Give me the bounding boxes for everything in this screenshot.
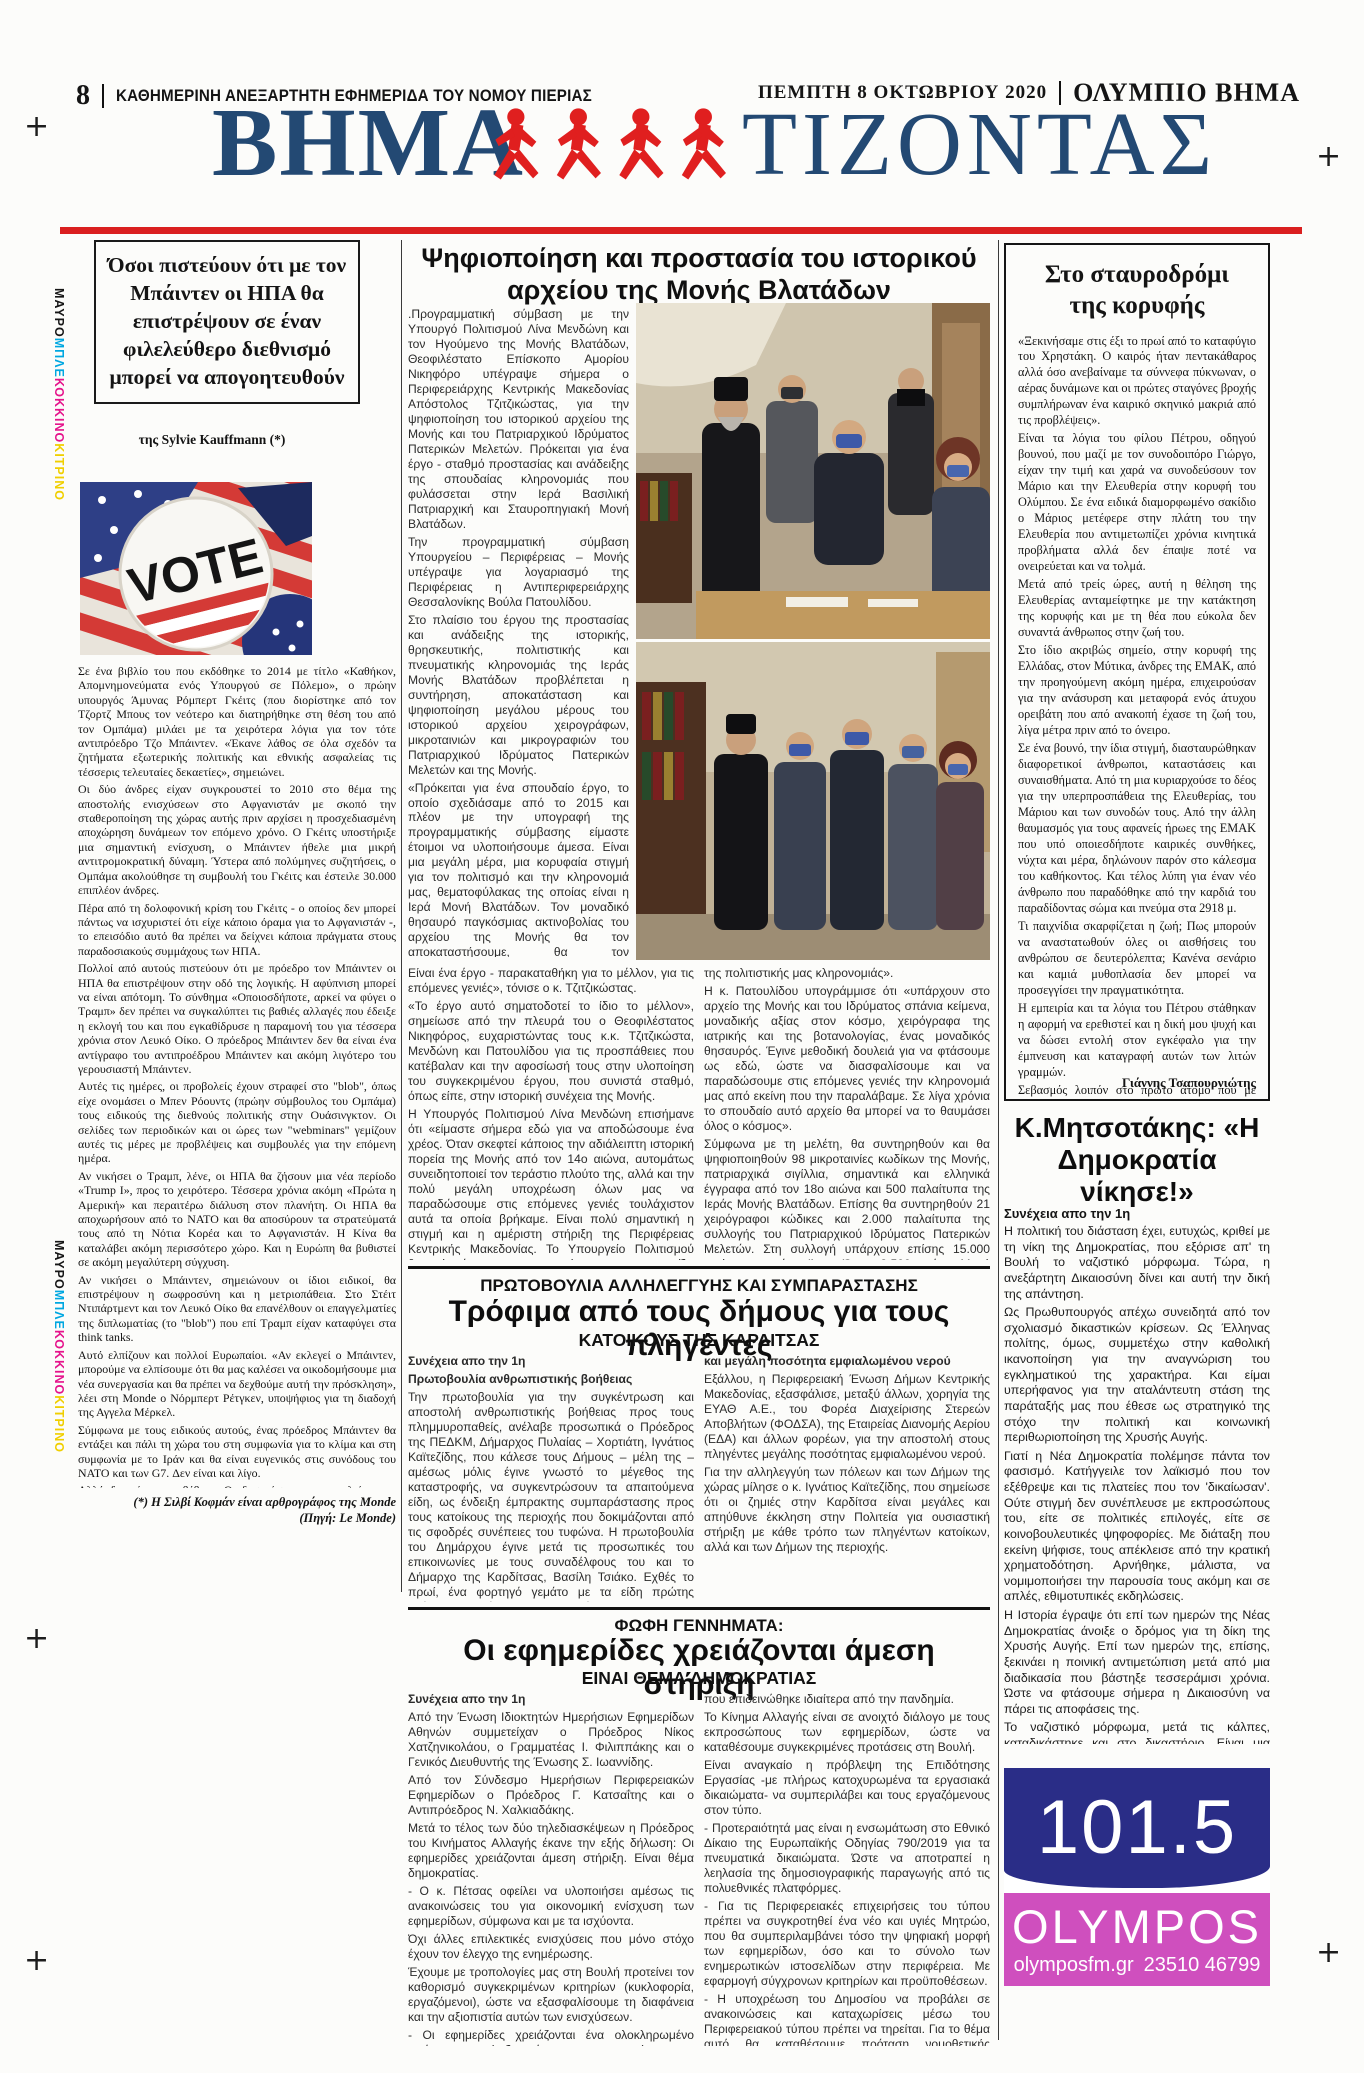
center-article-column-b: της πολιτιστικής μας κληρονομιάς».Η κ. Π… xyxy=(704,966,990,1260)
paragraph: - Προτεραιότητά μας είναι η ενσωμάτωση σ… xyxy=(704,1821,990,1896)
summit-signature: Γιάννης Τσαπουρνιώτης xyxy=(1122,1075,1256,1091)
registration-mark-icon: + xyxy=(24,1946,49,1976)
paragraph: Στο πλαίσιο του έργου της προστασίας και… xyxy=(408,613,629,778)
paragraph: της πολιτιστικής μας κληρονομιάς». xyxy=(704,966,990,981)
mitsotakis-headline: Κ.Μητσοτάκης: «Η Δημοκρατία νίκησε!» xyxy=(1004,1112,1270,1209)
paragraph: Αν νικήσει ο Τραμπ, λένε, οι ΗΠΑ θα ζήσο… xyxy=(78,1169,396,1270)
column-divider xyxy=(998,240,999,2040)
registration-mark-icon: + xyxy=(24,112,49,142)
color-registration-rail: ΜΑΥΡΟΜΠΛΕΚΟΚΚΙΝΟΚΙΤΡΙΝΟ xyxy=(48,1240,66,1453)
photo-signing-ceremony xyxy=(636,303,990,639)
newspaper-page: + + + + + ΜΑΥΡΟΜΠΛΕΚΟΚΚΙΝΟΚΙΤΡΙΝΟ ΜΑΥΡΟΜ… xyxy=(0,0,1364,2073)
walking-figures-icon xyxy=(490,102,740,193)
karditsa-headline: Τρόφιμα από τους δήμους για τους πληγέντ… xyxy=(408,1295,990,1363)
paragraph: Είναι ένα έργο - παρακαταθήκη για το μέλ… xyxy=(408,966,694,996)
paragraph: Το ναζιστικό μόρφωμα, μετά τις κάλπες, κ… xyxy=(1004,1720,1270,1744)
paragraph: Η πολιτική του διάσταση έχει, ευτυχώς, κ… xyxy=(1004,1224,1270,1302)
paragraph: Συνέχεια απο την 1η xyxy=(408,1354,694,1369)
left-article-body: Σε ένα βιβλίο του που εκδόθηκε το 2014 μ… xyxy=(78,664,396,1488)
registration-mark-icon: + xyxy=(24,1624,49,1654)
paragraph: Εξάλλου, η Περιφερειακή Ένωση Δήμων Κεντ… xyxy=(704,1372,990,1462)
paragraph: Από την Ένωση Ιδιοκτητών Ημερήσιων Εφημε… xyxy=(408,1710,694,1770)
paragraph: Αλλά δεν είναι και βέβαιο. Οι δεσμεύσεις… xyxy=(78,1483,396,1488)
left-article-headline-box: Όσοι πιστεύουν ότι με τον Μπάιντεν οι ΗΠ… xyxy=(94,240,360,404)
paragraph: Σε ένα βιβλίο του που εκδόθηκε το 2014 μ… xyxy=(78,664,396,779)
karditsa-kicker: ΠΡΩΤΟΒΟΥΛΙΑ ΑΛΛΗΛΕΓΓΥΗΣ ΚΑΙ ΣΥΜΠΑΡΑΣΤΑΣΗ… xyxy=(408,1276,990,1296)
section-rule xyxy=(408,1266,990,1269)
paragraph: Πολλοί από αυτούς πιστεύουν ότι με πρόεδ… xyxy=(78,961,396,1076)
paragraph: - Η υποχρέωση του Δημοσίου να προβάλει σ… xyxy=(704,1992,990,2046)
summit-headline-line: της κορυφής xyxy=(1018,290,1256,321)
left-article-byline: της Sylvie Kauffmann (*) xyxy=(78,432,346,448)
summit-headline: Στο σταυροδρόμι της κορυφής xyxy=(1018,259,1256,322)
summit-article-box: Στο σταυροδρόμι της κορυφής «Ξεκινήσαμε … xyxy=(1004,243,1270,1101)
registration-mark-icon: + xyxy=(1316,142,1341,172)
paragraph: Η εμπειρία και τα λόγια του Πέτρου στάθη… xyxy=(1018,1001,1256,1081)
radio-ad-frequency-block: 101.5 xyxy=(1004,1768,1270,1888)
reg-black-label: ΜΑΥΡΟ xyxy=(52,1240,66,1290)
paragraph: Αυτό ελπίζουν και πολλοί Ευρωπαίοι. «Αν … xyxy=(78,1348,396,1420)
paragraph: και μεγάλη ποσότητα εμφιαλωμένου νερού xyxy=(704,1354,990,1369)
paragraph: Αυτές τις ημέρες, οι προβολείς έχουν στρ… xyxy=(78,1079,396,1165)
paragraph: Μετά από τρείς ώρες, αυτή η θέληση της Ε… xyxy=(1018,577,1256,641)
reg-magenta-label: ΚΟΚΚΙΝΟ xyxy=(52,378,66,443)
paragraph: Η κ. Πατουλίδου υπογράμμισε ότι «υπάρχου… xyxy=(704,984,990,1134)
paragraph: Έχουμε με τροπολογίες μας στη Βουλή προτ… xyxy=(408,1965,694,2025)
reg-black-label: ΜΑΥΡΟ xyxy=(52,288,66,338)
masthead-word-tizontas: ΤΙΖΟΝΤΑΣ xyxy=(742,100,1217,190)
footnote-line: (*) Η Σιλβί Κοφμάν είναι αρθρογράφος της… xyxy=(78,1494,396,1510)
paragraph: Σύμφωνα με τη μελέτη, θα συντηρηθούν και… xyxy=(704,1137,990,1260)
center-article-intro-column: .Προγραμματική σύμβαση με την Υπουργό Πο… xyxy=(408,307,629,957)
center-article-column-a: Είναι ένα έργο - παρακαταθήκη για το μέλ… xyxy=(408,966,694,1260)
registration-mark-icon: + xyxy=(1316,1938,1341,1968)
paragraph: Είναι αναγκαίο η πρόβλεψη της Επιδότησης… xyxy=(704,1758,990,1818)
header-divider xyxy=(102,84,104,108)
paragraph: Για την αλληλεγγύη των πόλεων και των Δή… xyxy=(704,1465,990,1555)
gennimata-column-b: που επιδεινώθηκε ιδιαίτερα από την πανδη… xyxy=(704,1692,990,2046)
radio-station-ad: 101.5 OLYMPOS olymposfm.gr 23510 46799 xyxy=(1004,1768,1270,1986)
karditsa-subhead: ΚΑΤΟΙΚΟΥΣ ΤΗΣ ΚΑΡΔΙΤΣΑΣ xyxy=(408,1330,990,1351)
paragraph: Ως Πρωθυπουργός απέχω συνειδητά από τον … xyxy=(1004,1305,1270,1446)
column-divider xyxy=(401,240,402,1592)
photo-group-standing xyxy=(636,642,990,960)
paragraph: «Πρόκειται για ένα σπουδαίο έργο, το οπο… xyxy=(408,781,629,957)
left-article-headline: Όσοι πιστεύουν ότι με τον Μπάιντεν οι ΗΠ… xyxy=(102,252,352,392)
reg-magenta-label: ΚΟΚΚΙΝΟ xyxy=(52,1330,66,1395)
radio-station-name: OLYMPOS xyxy=(1012,1903,1262,1950)
color-registration-rail: ΜΑΥΡΟΜΠΛΕΚΟΚΚΙΝΟΚΙΤΡΙΝΟ xyxy=(48,288,66,501)
paragraph: που επιδεινώθηκε ιδιαίτερα από την πανδη… xyxy=(704,1692,990,1707)
paragraph: Συνέχεια απο την 1η xyxy=(408,1692,694,1707)
paragraph: «Το έργο αυτό σηματοδοτεί το ίδιο το μέλ… xyxy=(408,999,694,1104)
paragraph: - Οι εφημερίδες χρειάζονται ένα ολοκληρω… xyxy=(408,2028,694,2046)
mitsotakis-body: Η πολιτική του διάσταση έχει, ευτυχώς, κ… xyxy=(1004,1224,1270,1744)
summit-body: «Ξεκινήσαμε στις έξι το πρωί από το κατα… xyxy=(1018,334,1256,1102)
paragraph: Την πρωτοβουλία για την συγκέντρωση και … xyxy=(408,1390,694,1602)
paragraph: Πρωτοβουλία ανθρωπιστικής βοήθειας xyxy=(408,1372,694,1387)
paragraph: Αν νικήσει ο Μπάιντεν, σημειώνουν οι ίδι… xyxy=(78,1273,396,1345)
center-article-headline: Ψηφιοποίηση και προστασία του ιστορικού … xyxy=(408,243,990,307)
section-rule xyxy=(408,1607,990,1610)
footnote-line: (Πηγή: Le Monde) xyxy=(78,1510,396,1526)
paragraph: Όχι άλλες επιλεκτικές ενισχύσεις που μόν… xyxy=(408,1932,694,1962)
paragraph: Είναι τα λόγια του φίλου Πέτρου, οδηγού … xyxy=(1018,431,1256,575)
reg-yellow-label: ΚΙΤΡΙΝΟ xyxy=(52,1395,66,1453)
paragraph: Από τον Σύνδεσμο Ημερήσιων Περιφερειακών… xyxy=(408,1773,694,1818)
gennimata-column-a: Συνέχεια απο την 1ηΑπό την Ένωση Ιδιοκτη… xyxy=(408,1692,694,2046)
reg-cyan-label: ΜΠΛΕ xyxy=(52,1290,66,1330)
paragraph: Η Υπουργός Πολιτισμού Λίνα Μενδώνη επισή… xyxy=(408,1107,694,1260)
reg-cyan-label: ΜΠΛΕ xyxy=(52,338,66,378)
reg-yellow-label: ΚΙΤΡΙΝΟ xyxy=(52,443,66,501)
paragraph: - Για τις Περιφερειακές επιχειρήσεις του… xyxy=(704,1899,990,1989)
mitsotakis-continued-label: Συνέχεια απο την 1η xyxy=(1004,1206,1270,1221)
paragraph: Σύμφωνα με τους ειδικούς αυτούς, ένας πρ… xyxy=(78,1423,396,1481)
gennimata-kicker: ΦΩΦΗ ΓΕΝΝΗΜΑΤΑ: xyxy=(408,1616,990,1636)
paragraph: Η Ιστορία έγραψε ότι επί των ημερών της … xyxy=(1004,1608,1270,1717)
page-number: 8 xyxy=(76,80,90,112)
paragraph: Σε ένα βουνό, την ίδια στιγμή, διασταυρώ… xyxy=(1018,741,1256,917)
vote-badge-photo: VOTE xyxy=(80,482,312,655)
paragraph: .Προγραμματική σύμβαση με την Υπουργό Πο… xyxy=(408,307,629,532)
karditsa-column-b: και μεγάλη ποσότητα εμφιαλωμένου νερούΕξ… xyxy=(704,1354,990,1602)
paragraph: Τι παιχνίδια σκαρφίζεται η ζωή; Πως μπορ… xyxy=(1018,919,1256,999)
radio-ad-station-block: OLYMPOS olymposfm.gr 23510 46799 xyxy=(1004,1893,1270,1986)
paragraph: Το Κίνημα Αλλαγής είναι σε ανοιχτό διάλο… xyxy=(704,1710,990,1755)
paragraph: Στο ίδιο ακριβώς σημείο, στην κορυφή της… xyxy=(1018,643,1256,739)
paragraph: Την προγραμματική σύμβαση Υπουργείου – Π… xyxy=(408,535,629,610)
masthead-word-bima: ΒΗΜΑ xyxy=(212,94,525,192)
radio-contact-row: olymposfm.gr 23510 46799 xyxy=(1014,1954,1261,1977)
radio-website: olymposfm.gr xyxy=(1014,1954,1134,1977)
paragraph: Πέρα από τη δολοφονική κρίση του Γκέιτς … xyxy=(78,901,396,959)
paragraph: Γιατί η Νέα Δημοκρατία πολέμησε πάντα το… xyxy=(1004,1449,1270,1605)
paragraph: - Ο κ. Πέτσας οφείλει να υλοποιήσει αμέσ… xyxy=(408,1884,694,1929)
gennimata-subhead: ΕΙΝΑΙ ΘΕΜΑ ΔΗΜΟΚΡΑΤΙΑΣ xyxy=(408,1668,990,1689)
left-article-footnote: (*) Η Σιλβί Κοφμάν είναι αρθρογράφος της… xyxy=(78,1494,396,1527)
paragraph: Οι δύο άνδρες είχαν συγκρουστεί το 2010 … xyxy=(78,782,396,897)
karditsa-column-a: Συνέχεια απο την 1ηΠρωτοβουλία ανθρωπιστ… xyxy=(408,1354,694,1602)
paragraph: Μετά το τέλος των δύο τηλεδιασκέψεων η Π… xyxy=(408,1821,694,1881)
radio-phone: 23510 46799 xyxy=(1144,1954,1261,1977)
radio-frequency: 101.5 xyxy=(1037,1790,1237,1866)
paragraph: «Ξεκινήσαμε στις έξι το πρωί από το κατα… xyxy=(1018,334,1256,430)
summit-headline-line: Στο σταυροδρόμι xyxy=(1018,259,1256,290)
masthead-rule xyxy=(60,227,1302,234)
